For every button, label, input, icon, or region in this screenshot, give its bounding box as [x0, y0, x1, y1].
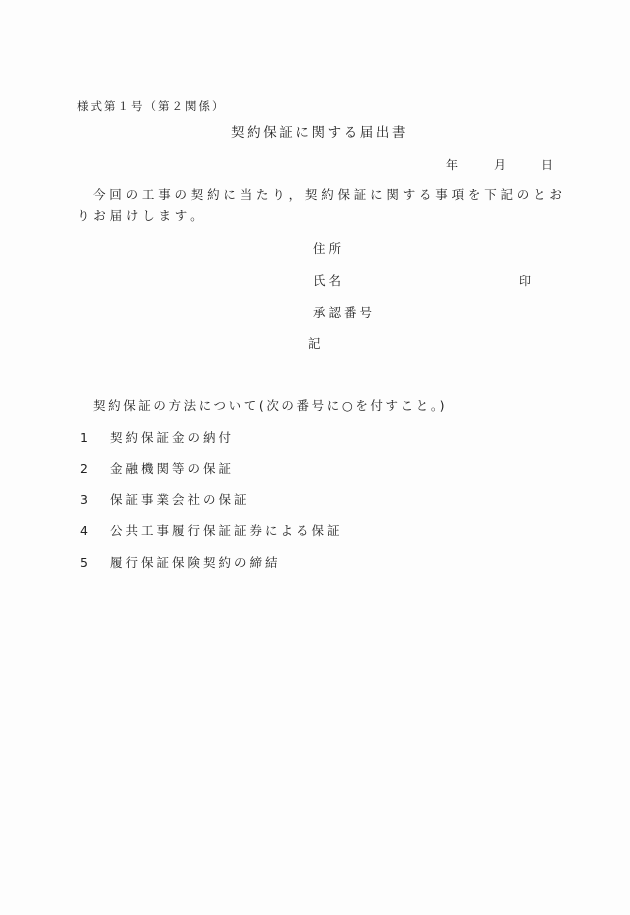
body-text-line2: りお届けします。: [77, 210, 206, 223]
item-number: 4: [80, 525, 110, 538]
item-number: 1: [80, 432, 110, 445]
form-number: 様式第１号（第２関係）: [77, 101, 226, 113]
date-day-label: 日: [541, 159, 553, 171]
list-item: 5履行保証保険契約の締結: [80, 557, 281, 570]
item-number: 2: [80, 463, 110, 476]
ki-heading: 記: [308, 338, 324, 351]
list-item: 4公共工事履行保証証券による保証: [80, 525, 343, 538]
item-text: 公共工事履行保証証券による保証: [110, 523, 343, 538]
item-text: 金融機関等の保証: [110, 461, 234, 476]
item-text: 契約保証金の納付: [110, 430, 234, 445]
approval-number-label: 承認番号: [313, 307, 375, 320]
item-number: 5: [80, 557, 110, 570]
body-text-line1: 今回の工事の契約に当たり，契約保証に関する事項を下記のとお: [93, 189, 566, 202]
item-text: 履行保証保険契約の締結: [110, 555, 281, 570]
document-title: 契約保証に関する届出書: [231, 127, 408, 141]
item-number: 3: [80, 494, 110, 507]
list-item: 1契約保証金の納付: [80, 432, 234, 445]
date-month-label: 月: [494, 159, 506, 171]
item-text: 保証事業会社の保証: [110, 492, 250, 507]
address-label: 住所: [313, 243, 344, 256]
method-heading: 契約保証の方法について(次の番号に○を付すこと。): [93, 400, 447, 413]
date-year-label: 年: [446, 159, 458, 171]
seal-label: 印: [519, 275, 534, 287]
list-item: 3保証事業会社の保証: [80, 494, 250, 507]
list-item: 2金融機関等の保証: [80, 463, 234, 476]
name-label: 氏名: [313, 275, 344, 288]
